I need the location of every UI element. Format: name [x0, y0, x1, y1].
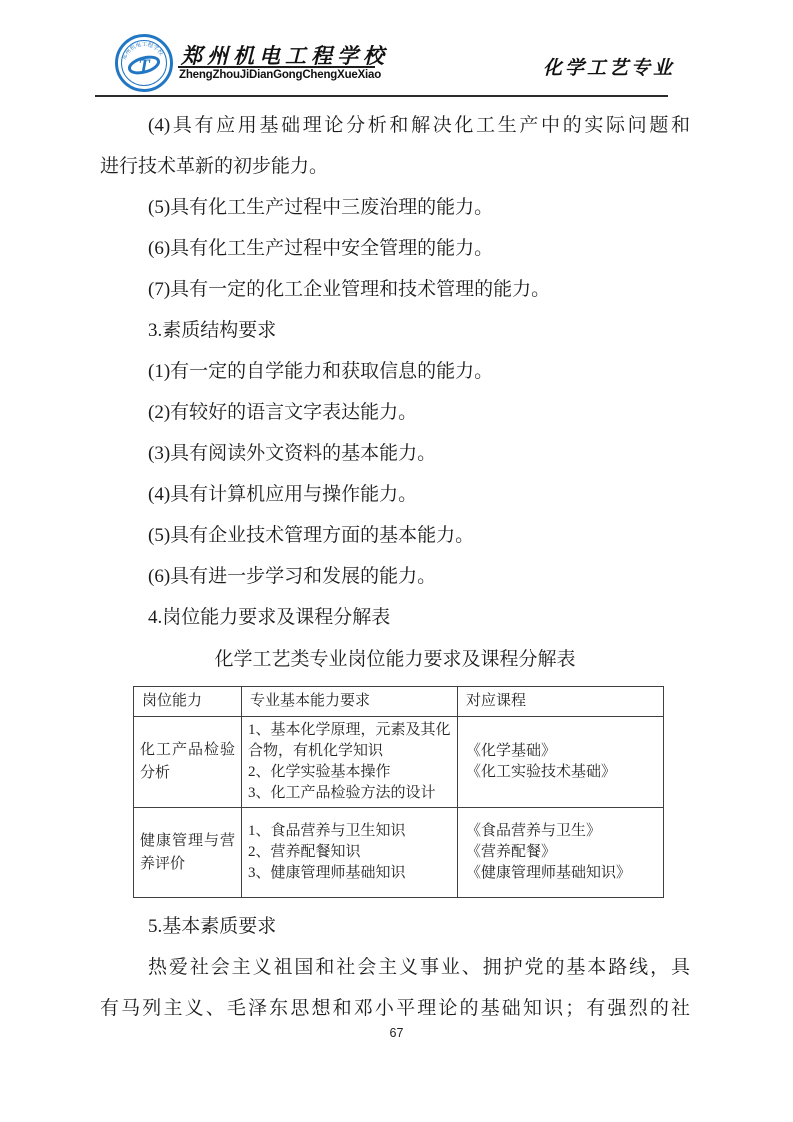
- paragraph-line: (3)具有阅读外文资料的基本能力。: [100, 433, 690, 474]
- paragraph-line: (4)具有应用基础理论分析和解决化工生产中的实际问题和: [100, 105, 690, 146]
- requirement-item: 3、化工产品检验方法的设计: [248, 783, 451, 804]
- requirements-cell: 1、食品营养与卫生知识 2、营养配餐知识 3、健康管理师基础知识: [242, 808, 458, 898]
- ability-cell: 健康管理与营养评价: [134, 808, 242, 898]
- column-header-requirements: 专业基本能力要求: [242, 687, 458, 717]
- requirement-item: 3、健康管理师基础知识: [248, 863, 451, 884]
- logo-letter: T: [138, 56, 151, 77]
- paragraph-line: 有马列主义、毛泽东思想和邓小平理论的基础知识；有强烈的社: [100, 988, 690, 1029]
- page-number: 67: [390, 1026, 404, 1040]
- course-item: 《化学基础》: [466, 741, 655, 762]
- requirement-item: 1、食品营养与卫生知识: [248, 821, 451, 842]
- spacer: [100, 898, 690, 906]
- header-divider: [95, 95, 668, 97]
- requirement-item: 2、营养配餐知识: [248, 842, 451, 863]
- table-row: 健康管理与营养评价 1、食品营养与卫生知识 2、营养配餐知识 3、健康管理师基础…: [134, 808, 664, 898]
- section-heading: 3.素质结构要求: [100, 310, 690, 351]
- paragraph-line: (5)具有企业技术管理方面的基本能力。: [100, 515, 690, 556]
- page-footer: 67: [0, 1026, 793, 1040]
- paragraph-line: (5)具有化工生产过程中三废治理的能力。: [100, 187, 690, 228]
- paragraph-line: (4)具有计算机应用与操作能力。: [100, 474, 690, 515]
- table-row: 化工产品检验分析 1、基本化学原理，元素及其化合物，有机化学知识 2、化学实验基…: [134, 717, 664, 808]
- section-heading: 4.岗位能力要求及课程分解表: [100, 597, 690, 638]
- course-item: 《营养配餐》: [466, 842, 655, 863]
- table-title: 化学工艺类专业岗位能力要求及课程分解表: [100, 638, 690, 682]
- paragraph-line: (6)具有进一步学习和发展的能力。: [100, 556, 690, 597]
- requirement-item: 2、化学实验基本操作: [248, 762, 451, 783]
- paragraph-line: 进行技术革新的初步能力。: [100, 146, 690, 187]
- course-item: 《食品营养与卫生》: [466, 821, 655, 842]
- document-page: 郑州机电工程学校 T 郑州机电工程学校 ZhengZhouJiDianGongC…: [0, 0, 793, 1122]
- paragraph-line: (2)有较好的语言文字表达能力。: [100, 392, 690, 433]
- section-heading: 5.基本素质要求: [100, 906, 690, 947]
- paragraph-line: (7)具有一定的化工企业管理和技术管理的能力。: [100, 269, 690, 310]
- paragraph-line: (6)具有化工生产过程中安全管理的能力。: [100, 228, 690, 269]
- document-body: (4)具有应用基础理论分析和解决化工生产中的实际问题和 进行技术革新的初步能力。…: [100, 105, 690, 1029]
- school-logo-emblem: 郑州机电工程学校 T: [114, 33, 174, 93]
- courses-cell: 《化学基础》 《化工实验技术基础》: [458, 717, 664, 808]
- school-name-pinyin: ZhengZhouJiDianGongChengXueXiao: [179, 69, 381, 81]
- requirements-cell: 1、基本化学原理，元素及其化合物，有机化学知识 2、化学实验基本操作 3、化工产…: [242, 717, 458, 808]
- paragraph-line: 热爱社会主义祖国和社会主义事业、拥护党的基本路线，具: [100, 947, 690, 988]
- school-logo: 郑州机电工程学校 T: [114, 33, 174, 93]
- major-label: 化学工艺专业: [543, 53, 675, 80]
- course-item: 《健康管理师基础知识》: [466, 863, 655, 884]
- school-name-underline: [178, 66, 375, 68]
- column-header-ability: 岗位能力: [134, 687, 242, 717]
- ability-course-table: 岗位能力 专业基本能力要求 对应课程 化工产品检验分析 1、基本化学原理，元素及…: [133, 686, 664, 898]
- course-item: 《化工实验技术基础》: [466, 762, 655, 783]
- column-header-courses: 对应课程: [458, 687, 664, 717]
- ability-cell: 化工产品检验分析: [134, 717, 242, 808]
- requirement-item: 1、基本化学原理，元素及其化合物，有机化学知识: [248, 720, 451, 762]
- paragraph-line: (1)有一定的自学能力和获取信息的能力。: [100, 351, 690, 392]
- table-header-row: 岗位能力 专业基本能力要求 对应课程: [134, 687, 664, 717]
- courses-cell: 《食品营养与卫生》 《营养配餐》 《健康管理师基础知识》: [458, 808, 664, 898]
